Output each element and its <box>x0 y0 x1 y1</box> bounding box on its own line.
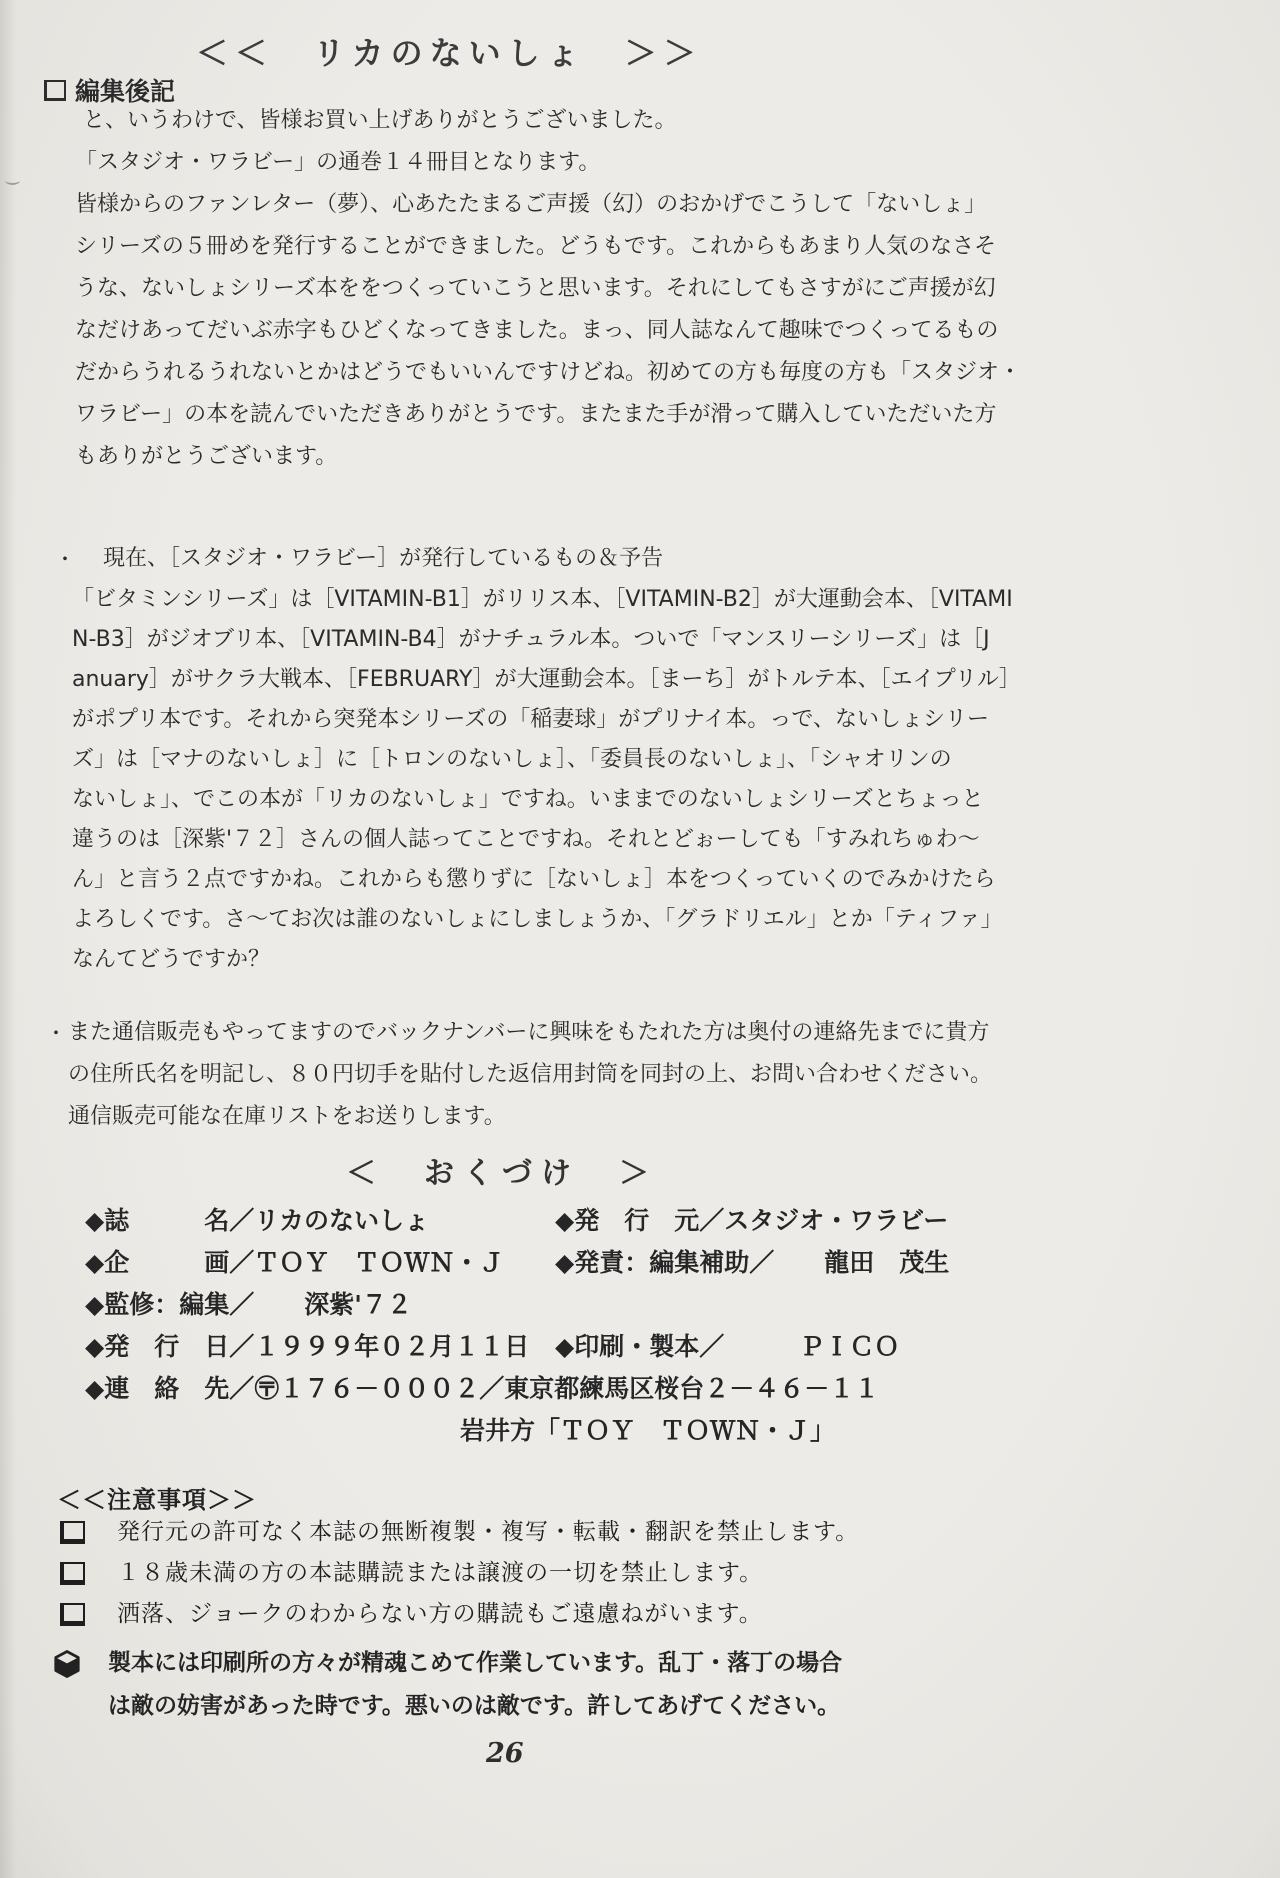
colophon-left-cell: ◆発 行 日／１９９９年０２月１１日 <box>85 1326 555 1368</box>
notice-item: 発行元の許可なく本誌の無断複製・複写・転載・翻訳を禁止します。 <box>60 1512 859 1553</box>
text-line: 違うのは［深紫'７２］さんの個人誌ってことですね。それとどぉーしても「すみれちゅ… <box>72 820 1021 860</box>
scanned-page: ＜＜ リカのないしょ ＞＞ 編集後記 と、いうわけで、皆様お買い上げありがとうご… <box>0 0 1280 1878</box>
colophon-row: ◆企 画／ＴＯＹ ＴＯＷＮ・Ｊ◆発責：編集補助／ 龍田 茂生 <box>85 1242 949 1284</box>
notices-heading: ＜＜注意事項＞＞ <box>57 1480 257 1515</box>
text-line: 「スタジオ・ワラビー」の通巻１４冊目となります。 <box>75 142 1021 184</box>
colophon-row: 岩井方「ＴＯＹ ＴＯＷＮ・Ｊ」 <box>85 1410 949 1452</box>
text-line: また通信販売もやってますのでバックナンバーに興味をもたれた方は奥付の連絡先までに… <box>68 1012 989 1054</box>
text-line: は敵の妨害があった時です。悪いのは敵です。許してあげてください。 <box>108 1685 842 1728</box>
notice-text: １８歳未満の方の本誌購読または譲渡の一切を禁止します。 <box>117 1553 763 1594</box>
colophon-row: ◆連 絡 先／〶１７６－０００２／東京都練馬区桜台２－４６－１１ <box>85 1368 949 1410</box>
bullet-dot-icon: ・ <box>55 538 103 580</box>
text-line: N-B3］がジオブリ本、［VITAMIN-B4］がナチュラル本。ついで「マンスリ… <box>72 620 1021 660</box>
colophon-left-cell: ◆連 絡 先／〶１７６－０００２／東京都練馬区桜台２－４６－１１ <box>85 1368 879 1410</box>
page-number: 26 <box>486 1738 524 1769</box>
printer-note-lines: 製本には印刷所の方々が精魂こめて作業しています。乱丁・落丁の場合は敵の妨害があっ… <box>108 1642 842 1728</box>
text-line: よろしくです。さ～てお次は誰のないしょにしましょうか、「グラドリエル」とか「ティ… <box>72 900 1021 940</box>
notice-list: 発行元の許可なく本誌の無断複製・複写・転載・翻訳を禁止します。 １８歳未満の方の… <box>60 1512 859 1635</box>
notice-item: 洒落、ジョークのわからない方の購読もご遠慮ねがいます。 <box>60 1594 859 1635</box>
text-line: うな、ないしょシリーズ本ををつくっていこうと思います。それにしてもさすがにご声援… <box>75 268 1021 310</box>
cube-icon <box>52 1649 82 1679</box>
text-line: 製本には印刷所の方々が精魂こめて作業しています。乱丁・落丁の場合 <box>108 1642 842 1685</box>
colophon-row: ◆誌 名／リカのないしょ◆発 行 元／スタジオ・ワラビー <box>85 1200 949 1242</box>
colophon-left-cell: ◆企 画／ＴＯＹ ＴＯＷＮ・Ｊ <box>85 1242 555 1284</box>
mail-order-first-line: ・ また通信販売もやってますのでバックナンバーに興味をもたれた方は奥付の連絡先ま… <box>46 1012 989 1054</box>
text-line: 「ビタミンシリーズ」は［VITAMIN-B1］がリリス本、［VITAMIN-B2… <box>72 580 1021 620</box>
publications-first-line: ・ 現在、［スタジオ・ワラビー］が発行しているもの＆予告 <box>55 538 663 580</box>
colophon-table: ◆誌 名／リカのないしょ◆発 行 元／スタジオ・ワラビー ◆企 画／ＴＯＹ ＴＯ… <box>85 1200 949 1452</box>
text-line: と、いうわけで、皆様お買い上げありがとうございました。 <box>83 100 1021 142</box>
text-line: シリーズの５冊めを発行することができました。どうもです。これからもあまり人気のな… <box>75 226 1021 268</box>
colophon-right-cell: ◆発責：編集補助／ 龍田 茂生 <box>555 1248 949 1277</box>
text-line: 皆様からのファンレター（夢）、心あたたまるご声援（幻）のおかげでこうして「ないし… <box>75 184 1021 226</box>
scan-artifact <box>5 176 20 185</box>
text-line: 現在、［スタジオ・ワラビー］が発行しているもの＆予告 <box>103 538 663 580</box>
mail-order-paragraph: の住所氏名を明記し、８０円切手を貼付した返信用封筒を同封の上、お問い合わせくださ… <box>68 1054 992 1138</box>
intro-paragraph: と、いうわけで、皆様お買い上げありがとうございました。「スタジオ・ワラビー」の通… <box>75 100 1021 478</box>
publications-paragraph: 「ビタミンシリーズ」は［VITAMIN-B1］がリリス本、［VITAMIN-B2… <box>72 580 1021 980</box>
text-line: がポプリ本です。それから突発本シリーズの「稲妻球」がプリナイ本。っで、ないしょシ… <box>72 700 1021 740</box>
page-title: ＜＜ リカのないしょ ＞＞ <box>196 28 703 74</box>
text-line: なだけあってだいぶ赤字もひどくなってきました。まっ、同人誌なんて趣味でつくってる… <box>75 310 1021 352</box>
printer-note: 製本には印刷所の方々が精魂こめて作業しています。乱丁・落丁の場合は敵の妨害があっ… <box>52 1642 842 1728</box>
notice-item: １８歳未満の方の本誌購読または譲渡の一切を禁止します。 <box>60 1553 859 1594</box>
colophon-right-cell: ◆発 行 元／スタジオ・ワラビー <box>555 1206 948 1235</box>
text-line: ズ」は［マナのないしょ］に［トロンのないしょ］、「委員長のないしょ」、「シャオリ… <box>72 740 1021 780</box>
colophon-row: ◆監修：編集／ 深紫'７２ <box>85 1284 949 1326</box>
checkbox-icon <box>60 1562 85 1585</box>
notice-text: 発行元の許可なく本誌の無断複製・複写・転載・翻訳を禁止します。 <box>117 1512 859 1553</box>
checkbox-icon <box>60 1521 85 1544</box>
text-line: 通信販売可能な在庫リストをお送りします。 <box>68 1096 992 1138</box>
colophon-heading: ＜ おくづけ ＞ <box>346 1148 658 1192</box>
box-bullet-icon <box>44 80 66 101</box>
bullet-dot-icon: ・ <box>46 1012 68 1054</box>
colophon-right-cell: ◆印刷・製本／ ＰＩＣＯ <box>555 1332 899 1361</box>
text-line: なんてどうですか？ <box>72 940 1021 980</box>
text-line: の住所氏名を明記し、８０円切手を貼付した返信用封筒を同封の上、お問い合わせくださ… <box>68 1054 992 1096</box>
notice-text: 洒落、ジョークのわからない方の購読もご遠慮ねがいます。 <box>117 1594 763 1635</box>
text-line: anuary］がサクラ大戦本、［FEBRUARY］が大運動会本。［まーち］がトル… <box>72 660 1021 700</box>
colophon-left-cell: 岩井方「ＴＯＹ ＴＯＷＮ・Ｊ」 <box>85 1410 835 1452</box>
checkbox-icon <box>60 1603 85 1626</box>
colophon-row: ◆発 行 日／１９９９年０２月１１日◆印刷・製本／ ＰＩＣＯ <box>85 1326 949 1368</box>
text-line: ないしょ」、でこの本が「リカのないしょ」ですね。いままでのないしょシリーズとちょ… <box>72 780 1021 820</box>
text-line: ワラビー」の本を読んでいただきありがとうです。またまた手が滑って購入していただい… <box>75 394 1021 436</box>
colophon-left-cell: ◆誌 名／リカのないしょ <box>85 1200 555 1242</box>
colophon-left-cell: ◆監修：編集／ 深紫'７２ <box>85 1284 555 1326</box>
text-line: だからうれるうれないとかはどうでもいいんですけどね。初めての方も毎度の方も「スタ… <box>75 352 1021 394</box>
text-line: もありがとうございます。 <box>75 436 1021 478</box>
text-line: ん」と言う２点ですかね。これからも懲りずに［ないしょ］本をつくっていくのでみかけ… <box>72 860 1021 900</box>
